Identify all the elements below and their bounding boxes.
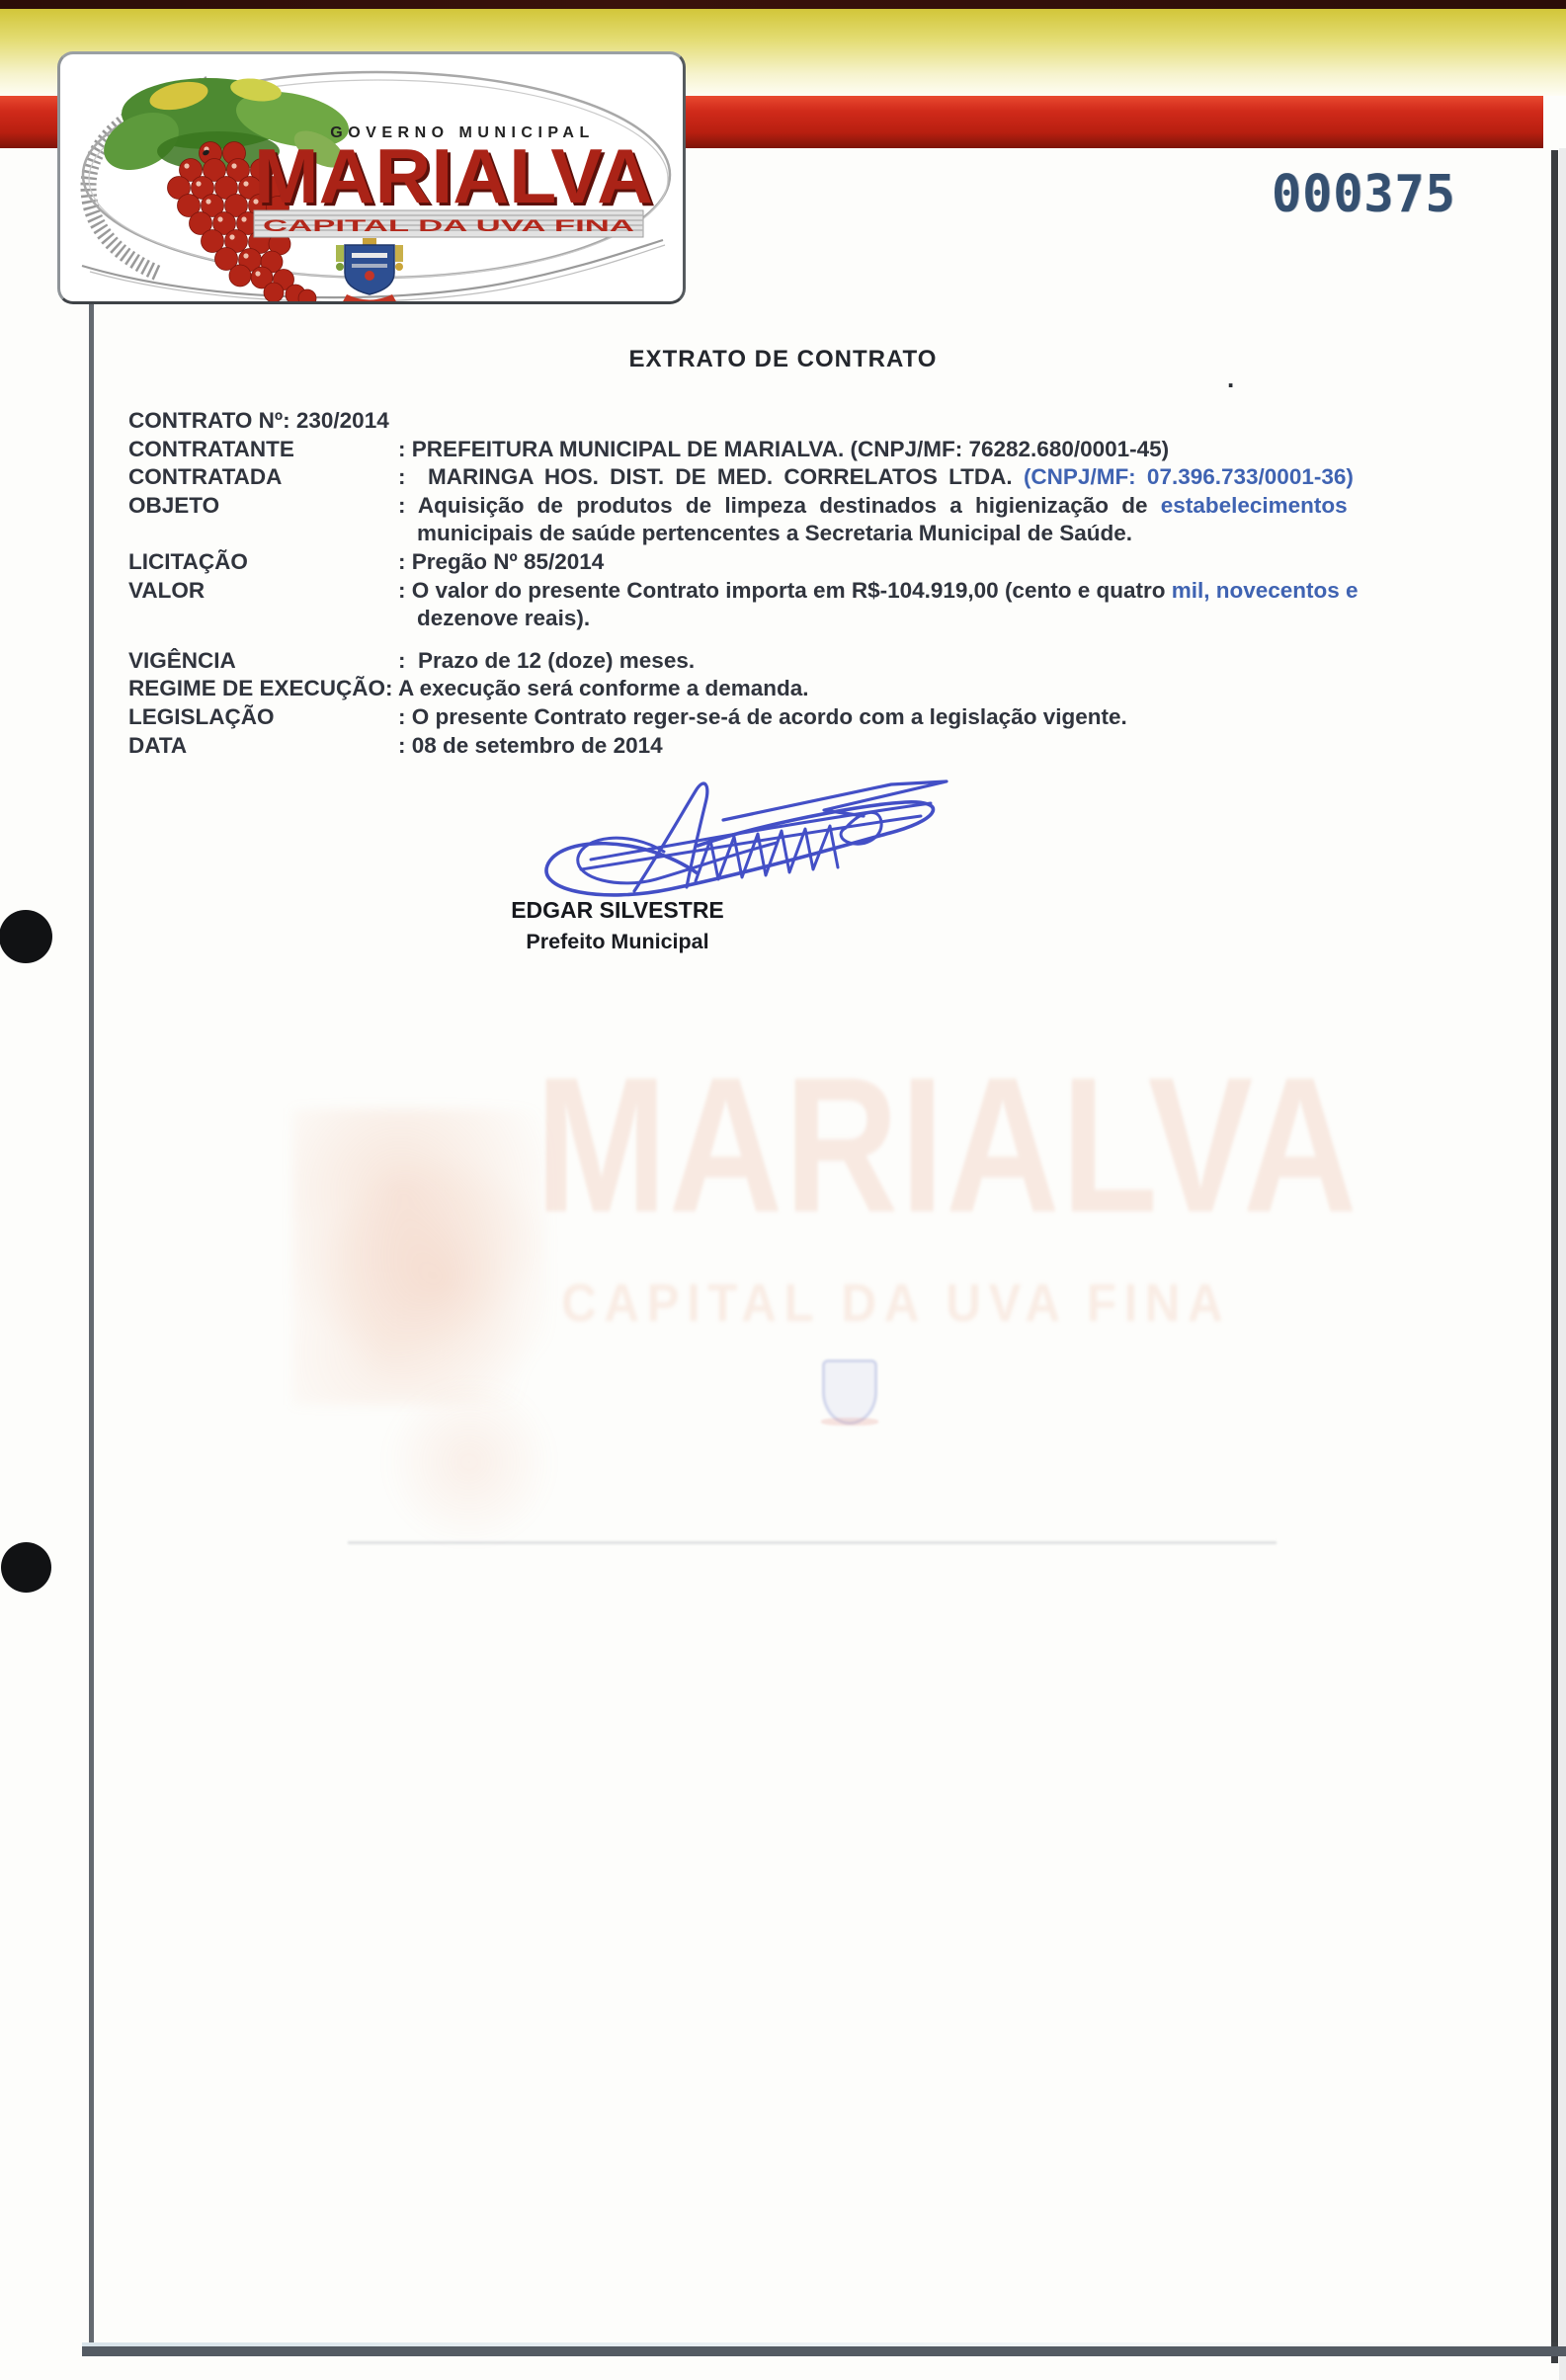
signature-ink-icon (529, 769, 968, 917)
field-label: OBJETO (128, 492, 398, 521)
field-row-valor-cont: dezenove reais). (128, 605, 1482, 633)
field-value: municipais de saúde pertencentes a Secre… (417, 521, 1132, 545)
field-value: : O presente Contrato reger-se-á de acor… (398, 704, 1127, 729)
field-value: : MARINGA HOS. DIST. DE MED. CORRELATOS … (398, 464, 1024, 489)
watermark-grapes-icon (292, 1108, 549, 1405)
field-row-legislacao: LEGISLAÇÃO: O presente Contrato reger-se… (128, 703, 1482, 732)
hole-punch-bottom (1, 1542, 51, 1593)
field-label: CONTRATO Nº: 230/2014 (128, 407, 389, 436)
field-value: dezenove reais). (417, 606, 590, 630)
field-value-blue: (CNPJ/MF: 07.396.733/0001-36) (1024, 464, 1354, 489)
logo-banner-text: CAPITAL DA UVA FINA (263, 216, 634, 235)
field-row-valor: VALOR: O valor do presente Contrato impo… (128, 577, 1482, 606)
watermark-crest-icon (822, 1359, 877, 1425)
document-title: EXTRATO DE CONTRATO (0, 346, 1566, 373)
watermark-banner-text: CAPITAL DA UVA FINA (561, 1272, 1230, 1334)
field-row-contract-number: CONTRATO Nº: 230/2014 (128, 407, 1482, 436)
watermark-faint-line (348, 1541, 1277, 1544)
field-row-objeto: OBJETO: Aquisição de produtos de limpeza… (128, 492, 1482, 521)
field-row-licitacao: LICITAÇÃO: Pregão Nº 85/2014 (128, 548, 1482, 577)
coat-of-arms-icon (336, 238, 403, 301)
field-row-vigencia: VIGÊNCIA: Prazo de 12 (doze) meses. (128, 647, 1482, 676)
page-number-stamp: 000375 (1272, 164, 1456, 223)
field-label: CONTRATANTE (128, 436, 398, 464)
field-value: : Prazo de 12 (doze) meses. (398, 648, 695, 673)
frame-right-border (1551, 150, 1558, 2363)
field-row-contratante: CONTRATANTE: PREFEITURA MUNICIPAL DE MAR… (128, 436, 1482, 464)
field-row-contratada: CONTRATADA: MARINGA HOS. DIST. DE MED. C… (128, 463, 1482, 492)
frame-bottom-border (82, 2346, 1566, 2356)
contract-fields: CONTRATO Nº: 230/2014 CONTRATANTE: PREFE… (128, 407, 1482, 760)
field-label: CONTRATADA (128, 463, 398, 492)
field-row-regime: REGIME DE EXECUÇÃO: A execução será conf… (128, 675, 1482, 703)
field-label: REGIME DE EXECUÇÃO: (128, 675, 393, 703)
field-value: : O valor do presente Contrato importa e… (398, 578, 1172, 603)
field-row-objeto-cont: municipais de saúde pertencentes a Secre… (128, 520, 1482, 548)
field-label: DATA (128, 732, 398, 761)
field-row-data: DATA: 08 de setembro de 2014 (128, 732, 1482, 761)
field-label: VALOR (128, 577, 398, 606)
field-label: LICITAÇÃO (128, 548, 398, 577)
field-value: : Aquisição de produtos de limpeza desti… (398, 493, 1161, 518)
signatory-role: Prefeito Municipal (454, 929, 781, 954)
stray-period-mark: . (1227, 364, 1234, 394)
field-value: : Pregão Nº 85/2014 (398, 549, 604, 574)
field-label: VIGÊNCIA (128, 647, 398, 676)
header-top-bar (0, 0, 1566, 9)
field-value: : PREFEITURA MUNICIPAL DE MARIALVA. (CNP… (398, 437, 1169, 461)
field-value: A execução será conforme a demanda. (393, 676, 809, 700)
field-value: : 08 de setembro de 2014 (398, 733, 663, 758)
hole-punch-top (0, 910, 52, 963)
logo-banner: CAPITAL DA UVA FINA (254, 210, 643, 237)
watermark-smudge (366, 1383, 573, 1541)
page-edge-shadow (1559, 148, 1566, 2380)
frame-left-border (89, 296, 94, 2349)
watermark-city-name: MARIALVA (536, 1049, 1359, 1242)
logo-city-name: MARIALVA (254, 132, 653, 219)
field-value-blue: estabelecimentos (1161, 493, 1348, 518)
field-label: LEGISLAÇÃO (128, 703, 398, 732)
field-value-blue: mil, novecentos e (1172, 578, 1359, 603)
municipal-logo: GOVERNO MUNICIPAL MARIALVA MARIALVA CAPI… (57, 51, 686, 304)
scanned-contract-page: MARIALVA CAPITAL DA UVA FINA (0, 0, 1566, 2380)
logo-graphic: GOVERNO MUNICIPAL MARIALVA MARIALVA CAPI… (60, 54, 683, 301)
